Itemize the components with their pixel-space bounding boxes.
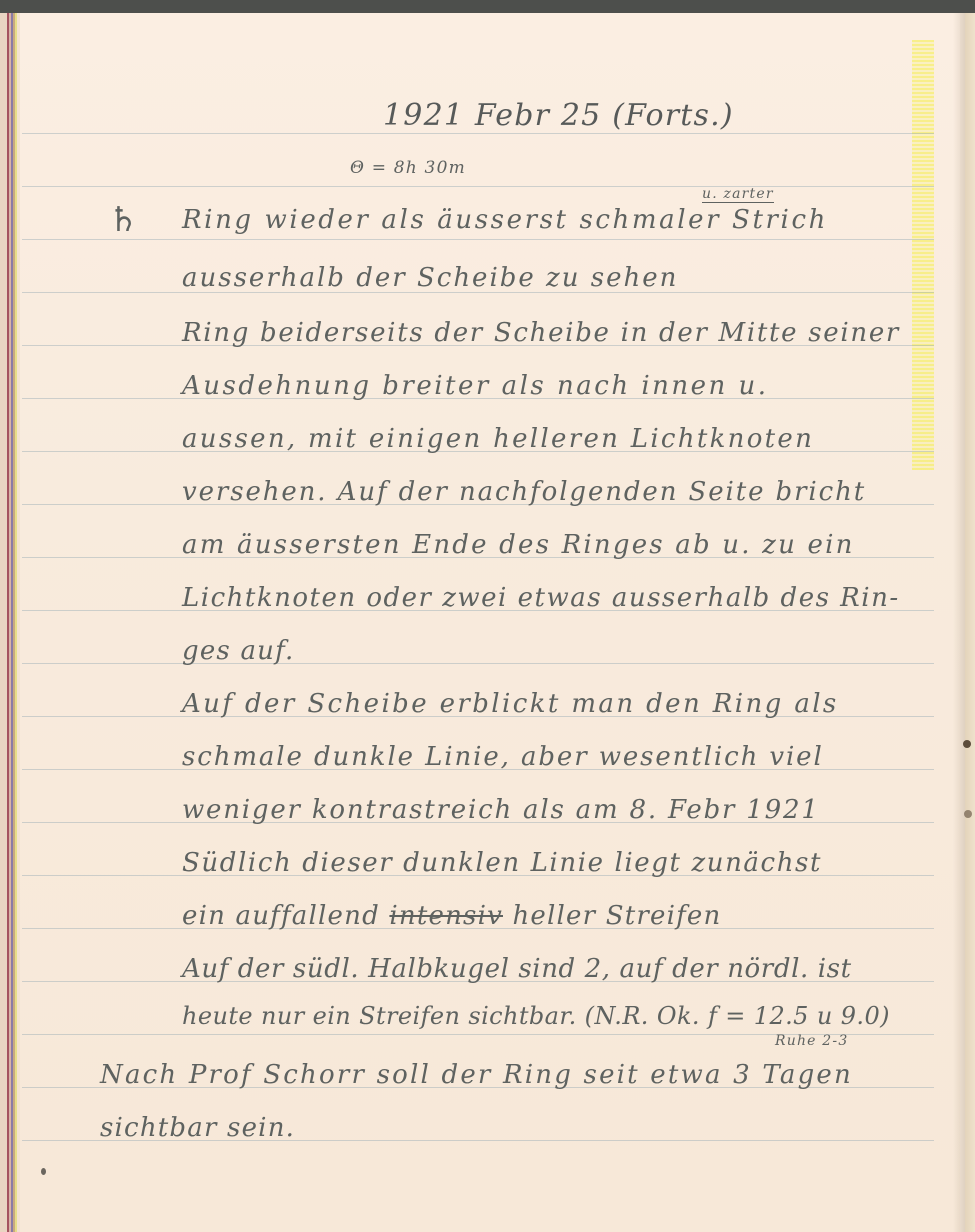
entry-line-part: heller Streifen	[512, 901, 721, 931]
entry-line: weniger kontrastreich als am 8. Febr 192…	[182, 795, 820, 825]
ruled-line	[22, 186, 934, 187]
entry-line: ein auffallend intensiv heller Streifen	[182, 901, 721, 931]
entry-line: Auf der Scheibe erblickt man den Ring al…	[182, 689, 839, 719]
entry-line: Auf der südl. Halbkugel sind 2, auf der …	[182, 954, 852, 984]
page-edge-right	[953, 13, 975, 1232]
saturn-symbol-icon: ♄	[108, 200, 140, 240]
entry-line: am äussersten Ende des Ringes ab u. zu e…	[182, 530, 855, 560]
entry-line: versehen. Auf der nachfolgenden Seite br…	[182, 477, 866, 507]
entry-line: Ring beiderseits der Scheibe in der Mitt…	[182, 318, 900, 348]
margin-highlight	[912, 40, 934, 470]
entry-line: Lichtknoten oder zwei etwas ausserhalb d…	[182, 583, 900, 613]
entry-date: 1921 Febr 25 (Forts.)	[383, 98, 734, 133]
ruled-line	[22, 239, 934, 240]
entry-line: schmale dunkle Linie, aber wesentlich vi…	[182, 742, 824, 772]
entry-line: Ausdehnung breiter als nach innen u.	[182, 371, 769, 401]
postscript-line: sichtbar sein.	[100, 1113, 295, 1143]
entry-line: Ring wieder als äusserst schmaler Strich	[182, 205, 828, 235]
insertion-annotation: u. zarter	[702, 186, 774, 203]
scan-top-border	[0, 0, 975, 13]
entry-line: ausserhalb der Scheibe zu sehen	[182, 263, 678, 293]
notebook-page	[20, 13, 960, 1232]
binding-mark	[963, 740, 971, 748]
ruled-line	[22, 663, 934, 664]
observation-time: Θ = 8h 30m	[350, 158, 466, 178]
entry-line: ges auf.	[182, 636, 294, 666]
ruled-line	[22, 133, 934, 134]
entry-line-part: ein auffallend	[182, 901, 380, 931]
entry-line: heute nur ein Streifen sichtbar. (N.R. O…	[182, 1002, 890, 1030]
postscript-line: Nach Prof Schorr soll der Ring seit etwa…	[100, 1060, 853, 1090]
struck-out-word: intensiv	[389, 901, 503, 931]
entry-line: Südlich dieser dunklen Linie liegt zunäc…	[182, 848, 822, 878]
binding-mark	[964, 810, 972, 818]
entry-line: aussen, mit einigen helleren Lichtknoten	[182, 424, 814, 454]
ink-dot	[41, 1168, 46, 1175]
page-edges-left	[0, 13, 20, 1232]
footnote-annotation: Ruhe 2-3	[775, 1033, 848, 1049]
